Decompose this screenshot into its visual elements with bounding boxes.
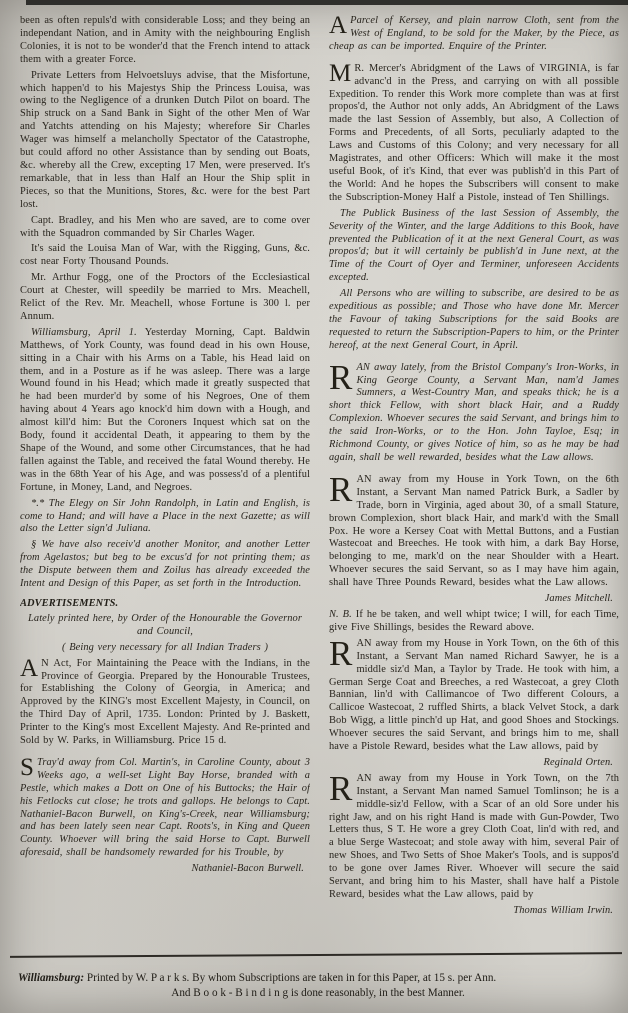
news-paragraph-helvoetsluys: Private Letters from Helvoetsluys advise…	[20, 70, 310, 212]
advertisements-heading: ADVERTISEMENTS.	[20, 598, 310, 611]
advert-runaway-burk: RAN away from my House in York Town, on …	[329, 474, 619, 590]
advert-act-georgia: AN Act, For Maintaining the Peace with t…	[20, 658, 310, 748]
drop-cap: R	[329, 476, 352, 503]
notice-elegy: *.* The Elegy on Sir John Randolph, in L…	[20, 498, 310, 537]
advert-runaway-sumners: RAN away lately, from the Bristol Compan…	[329, 362, 619, 465]
drop-cap: S	[20, 758, 34, 778]
advert-text: N Act, For Maintaining the Peace with th…	[20, 658, 310, 746]
right-column: A Parcel of Kersey, and plain narrow Clo…	[329, 15, 619, 947]
imprint-line1: Printed by W. P a r k s. By whom Subscri…	[84, 972, 496, 984]
notice-monitor: § We have also receiv'd another Monitor,…	[20, 539, 310, 591]
advert-kersey-cloth: A Parcel of Kersey, and plain narrow Clo…	[329, 15, 619, 54]
drop-cap: R	[329, 640, 352, 667]
footer-rule	[10, 952, 622, 958]
nota-bene: N. B. If he be taken, and well whipt twi…	[329, 609, 619, 635]
advert-runaway-sawyer: RAN away from my House in York Town, on …	[329, 638, 619, 754]
advert-mercer-paragraph-2: The Publick Business of the last Session…	[329, 208, 619, 285]
imprint-footer: Williamsburg: Printed by W. P a r k s. B…	[18, 971, 618, 1000]
advert-stray-horse: STray'd away from Col. Martin's, in Caro…	[20, 757, 310, 860]
news-paragraph-fogg: Mr. Arthur Fogg, one of the Proctors of …	[20, 272, 310, 324]
nb-label: N. B.	[329, 609, 352, 620]
drop-cap: A	[20, 659, 38, 679]
advert-runaway-tomlinson: RAN away from my House in York Town, on …	[329, 773, 619, 902]
newspaper-page: been as often repuls'd with considerable…	[0, 0, 628, 1013]
advert-mercer-abridgment: MR. Mercer's Abridgment of the Laws of V…	[329, 63, 619, 205]
advert-text: AN away from my House in York Town, on t…	[329, 638, 619, 752]
drop-cap: R	[329, 775, 352, 802]
advert-text: AN away from my House in York Town, on t…	[329, 474, 619, 588]
signature-mitchell: James Mitchell.	[329, 593, 619, 606]
advert-subheading-1: Lately printed here, by Order of the Hon…	[20, 613, 310, 639]
signature-orten: Reginald Orten.	[329, 757, 619, 770]
drop-cap: M	[329, 64, 351, 84]
advert-text: AN away from my House in York Town, on t…	[329, 773, 619, 900]
advert-text: Tray'd away from Col. Martin's, in Carol…	[20, 757, 310, 858]
scan-edge-artifact	[26, 0, 628, 5]
drop-cap: R	[329, 364, 352, 391]
two-column-layout: been as often repuls'd with considerable…	[0, 0, 628, 947]
advert-text: Parcel of Kersey, and plain narrow Cloth…	[329, 15, 619, 52]
advert-text: R. Mercer's Abridgment of the Laws of VI…	[329, 63, 619, 203]
news-paragraph-williamsburg: Williamsburg, April 1. Yesterday Morning…	[20, 327, 310, 495]
news-paragraph-continuation: been as often repuls'd with considerable…	[20, 15, 310, 67]
news-text: Yesterday Morning, Capt. Baldwin Matthew…	[20, 327, 310, 493]
left-column: been as often repuls'd with considerable…	[20, 15, 310, 947]
imprint-city: Williamsburg:	[18, 972, 84, 984]
drop-cap: A	[329, 16, 347, 36]
nb-text: If he be taken, and well whipt twice; I …	[329, 609, 619, 633]
news-paragraph-louisa: It's said the Louisa Man of War, with th…	[20, 243, 310, 269]
advert-subheading-2: ( Being very necessary for all Indian Tr…	[20, 642, 310, 655]
imprint-line2: And B o o k - B i n d i n g is done reas…	[18, 986, 618, 1001]
signature-irwin: Thomas William Irwin.	[329, 905, 619, 918]
signature-burwell: Nathaniel-Bacon Burwell.	[20, 863, 310, 876]
dateline: Williamsburg, April 1.	[31, 327, 137, 338]
advert-mercer-paragraph-3: All Persons who are willing to subscribe…	[329, 288, 619, 353]
news-paragraph-bradley: Capt. Bradley, and his Men who are saved…	[20, 215, 310, 241]
advert-text: AN away lately, from the Bristol Company…	[329, 362, 619, 463]
